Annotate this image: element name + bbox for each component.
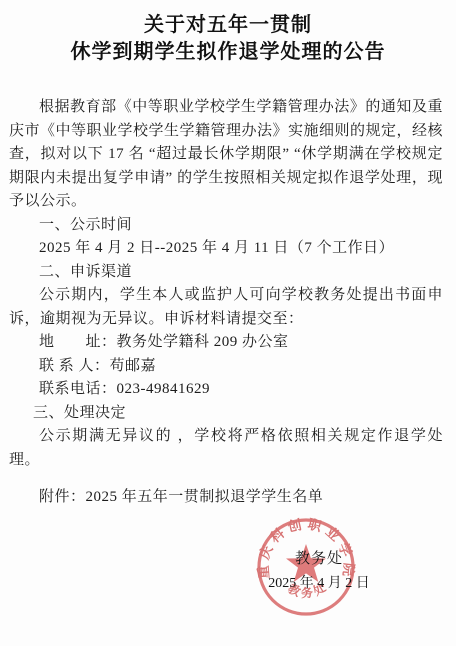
title-line-1: 关于对五年一贯制 bbox=[0, 12, 456, 39]
section3-heading: 三、处理决定 bbox=[9, 402, 443, 426]
announcement-page: 关于对五年一贯制 休学到期学生拟作退学处理的公告 根据教育部《中等职业学校学生学… bbox=[0, 0, 456, 646]
attachment-line: 附件：2025 年五年一贯制拟退学学生名单 bbox=[9, 486, 443, 510]
title-line-2: 休学到期学生拟作退学处理的公告 bbox=[0, 39, 456, 66]
page-title: 关于对五年一贯制 休学到期学生拟作退学处理的公告 bbox=[0, 0, 456, 66]
appeal-address: 地 址：教务处学籍科 209 办公室 bbox=[9, 331, 443, 355]
signature-department: 教务处 bbox=[250, 547, 388, 568]
appeal-instructions: 公示期内，学生本人或监护人可向学校教务处提出书面申诉，逾期视为无异议。申诉材料请… bbox=[9, 284, 443, 331]
announcement-body: 根据教育部《中等职业学校学生学籍管理办法》的通知及重庆市《中等职业学校学生学籍管… bbox=[9, 96, 443, 510]
publicity-period: 2025 年 4 月 2 日--2025 年 4 月 11 日（7 个工作日） bbox=[9, 237, 443, 261]
decision-text: 公示期满无异议的 ，学校将严格依照相关规定作退学处理。 bbox=[9, 425, 443, 472]
intro-paragraph: 根据教育部《中等职业学校学生学籍管理办法》的通知及重庆市《中等职业学校学生学籍管… bbox=[9, 96, 443, 214]
section2-heading: 二、申诉渠道 bbox=[9, 261, 443, 285]
contact-person: 联 系 人：苟邮嘉 bbox=[9, 355, 443, 379]
section1-heading: 一、公示时间 bbox=[9, 214, 443, 238]
contact-phone: 联系电话：023-49841629 bbox=[9, 378, 443, 402]
signature-date: 2025 年 4 月 2 日 bbox=[250, 572, 388, 592]
